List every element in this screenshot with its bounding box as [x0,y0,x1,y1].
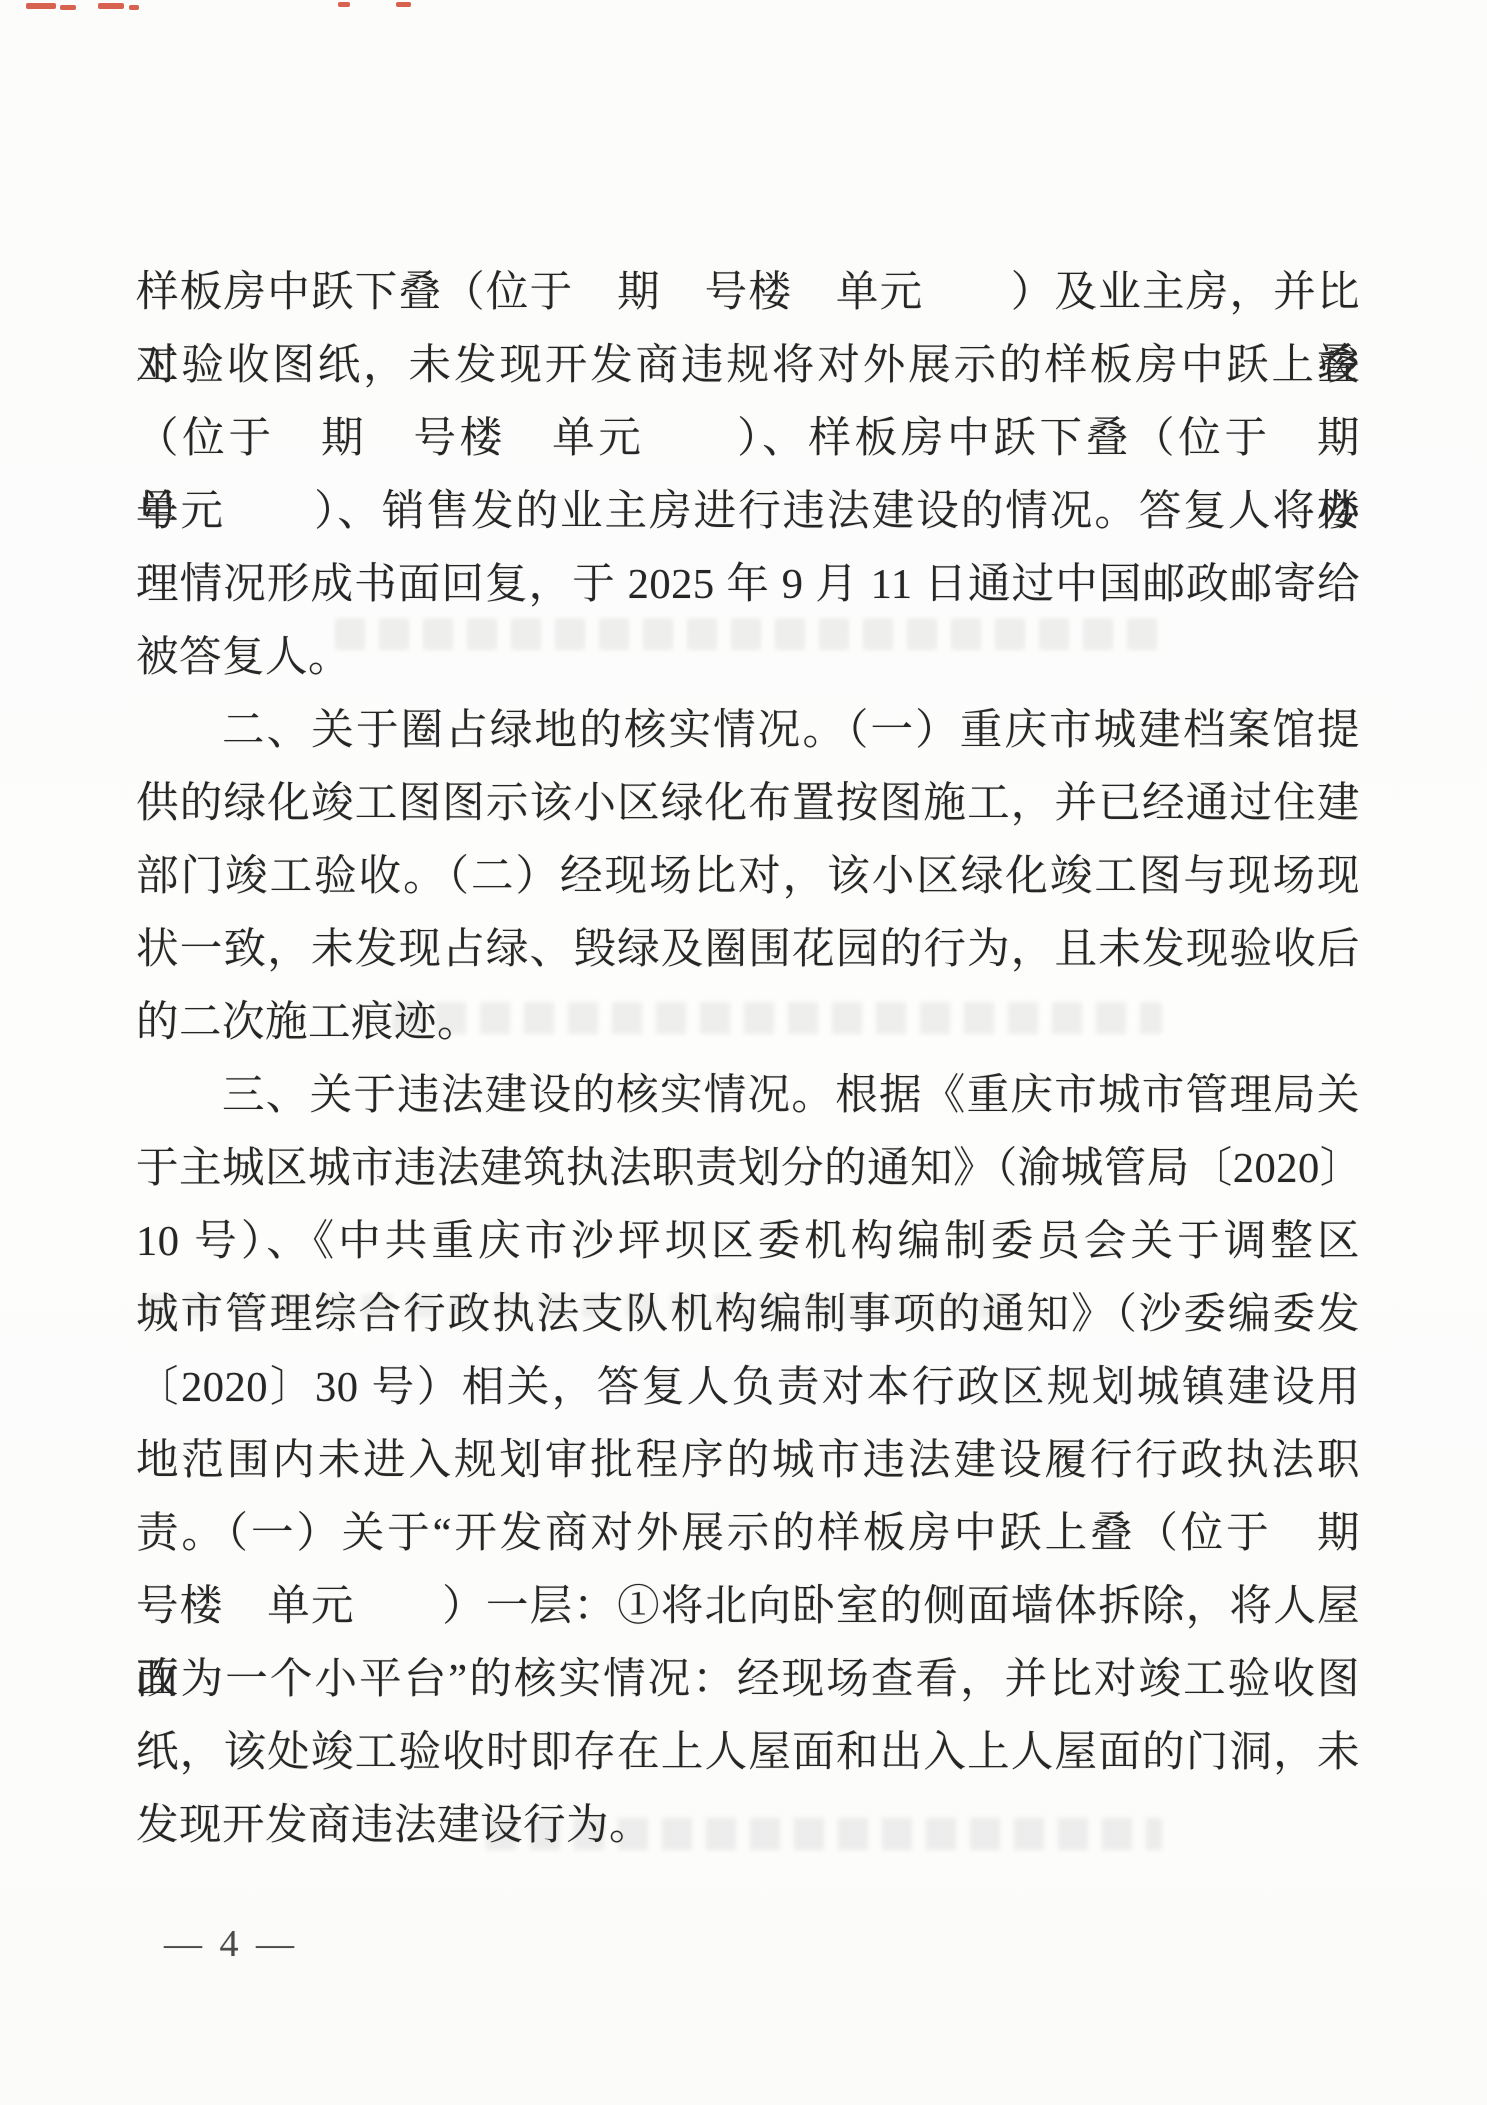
scan-artifact-red-mark [26,3,56,9]
document-line: 被答复人。 [136,621,1360,694]
document-line: 供的绿化竣工图图示该小区绿化布置按图施工，并已经通过住建 [136,767,1360,840]
document-line: 号楼 单元 ）一层：①将北向卧室的侧面墙体拆除，将人屋面 [136,1570,1360,1643]
document-line: 样板房中跃下叠（位于 期 号楼 单元 ）及业主房，并比对竣 [136,256,1360,329]
document-line: 部门竣工验收。（二）经现场比对，该小区绿化竣工图与现场现 [136,840,1360,913]
document-line: 地范围内未进入规划审批程序的城市违法建设履行行政执法职 [136,1424,1360,1497]
document-line: 二、关于圈占绿地的核实情况。（一）重庆市城建档案馆提 [136,694,1360,767]
document-line: 三、关于违法建设的核实情况。根据《重庆市城市管理局关 [136,1059,1360,1132]
scan-artifact-red-mark [98,3,124,9]
scan-artifact-red-mark [129,5,139,10]
document-line: 〔2020〕30 号）相关，答复人负责对本行政区规划城镇建设用 [136,1351,1360,1424]
scan-artifact-red-mark [396,2,411,7]
document-line: 责。（一）关于“开发商对外展示的样板房中跃上叠（位于 期 [136,1497,1360,1570]
document-line: 发现开发商违法建设行为。 [136,1789,1360,1862]
scanned-document-page: 样板房中跃下叠（位于 期 号楼 单元 ）及业主房，并比对竣 工验收图纸，未发现开… [0,0,1487,2105]
document-line: 纸，该处竣工验收时即存在上人屋面和出入上人屋面的门洞，未 [136,1716,1360,1789]
scan-artifact-red-mark [60,5,76,10]
document-line: 理情况形成书面回复，于 2025 年 9 月 11 日通过中国邮政邮寄给 [136,548,1360,621]
document-line: 改为一个小平台”的核实情况：经现场查看，并比对竣工验收图 [136,1643,1360,1716]
document-line: 于主城区城市违法建筑执法职责划分的通知》（渝城管局〔2020〕 [136,1132,1360,1205]
document-line: 的二次施工痕迹。 [136,986,1360,1059]
scan-artifact-red-mark [338,2,350,7]
document-line: 状一致，未发现占绿、毁绿及圈围花园的行为，且未发现验收后 [136,913,1360,986]
document-line: 城市管理综合行政执法支队机构编制事项的通知》（沙委编委发 [136,1278,1360,1351]
page-number: — 4 — [164,1924,298,1964]
document-body: 样板房中跃下叠（位于 期 号楼 单元 ）及业主房，并比对竣 工验收图纸，未发现开… [136,256,1360,1862]
document-line: 10 号）、《中共重庆市沙坪坝区委机构编制委员会关于调整区 [136,1205,1360,1278]
document-line: 单元 ）、销售发的业主房进行违法建设的情况。答复人将办 [136,475,1360,548]
document-line: （位于 期 号楼 单元 ）、样板房中跃下叠（位于 期 号楼 [136,402,1360,475]
document-line: 工验收图纸，未发现开发商违规将对外展示的样板房中跃上叠 [136,329,1360,402]
